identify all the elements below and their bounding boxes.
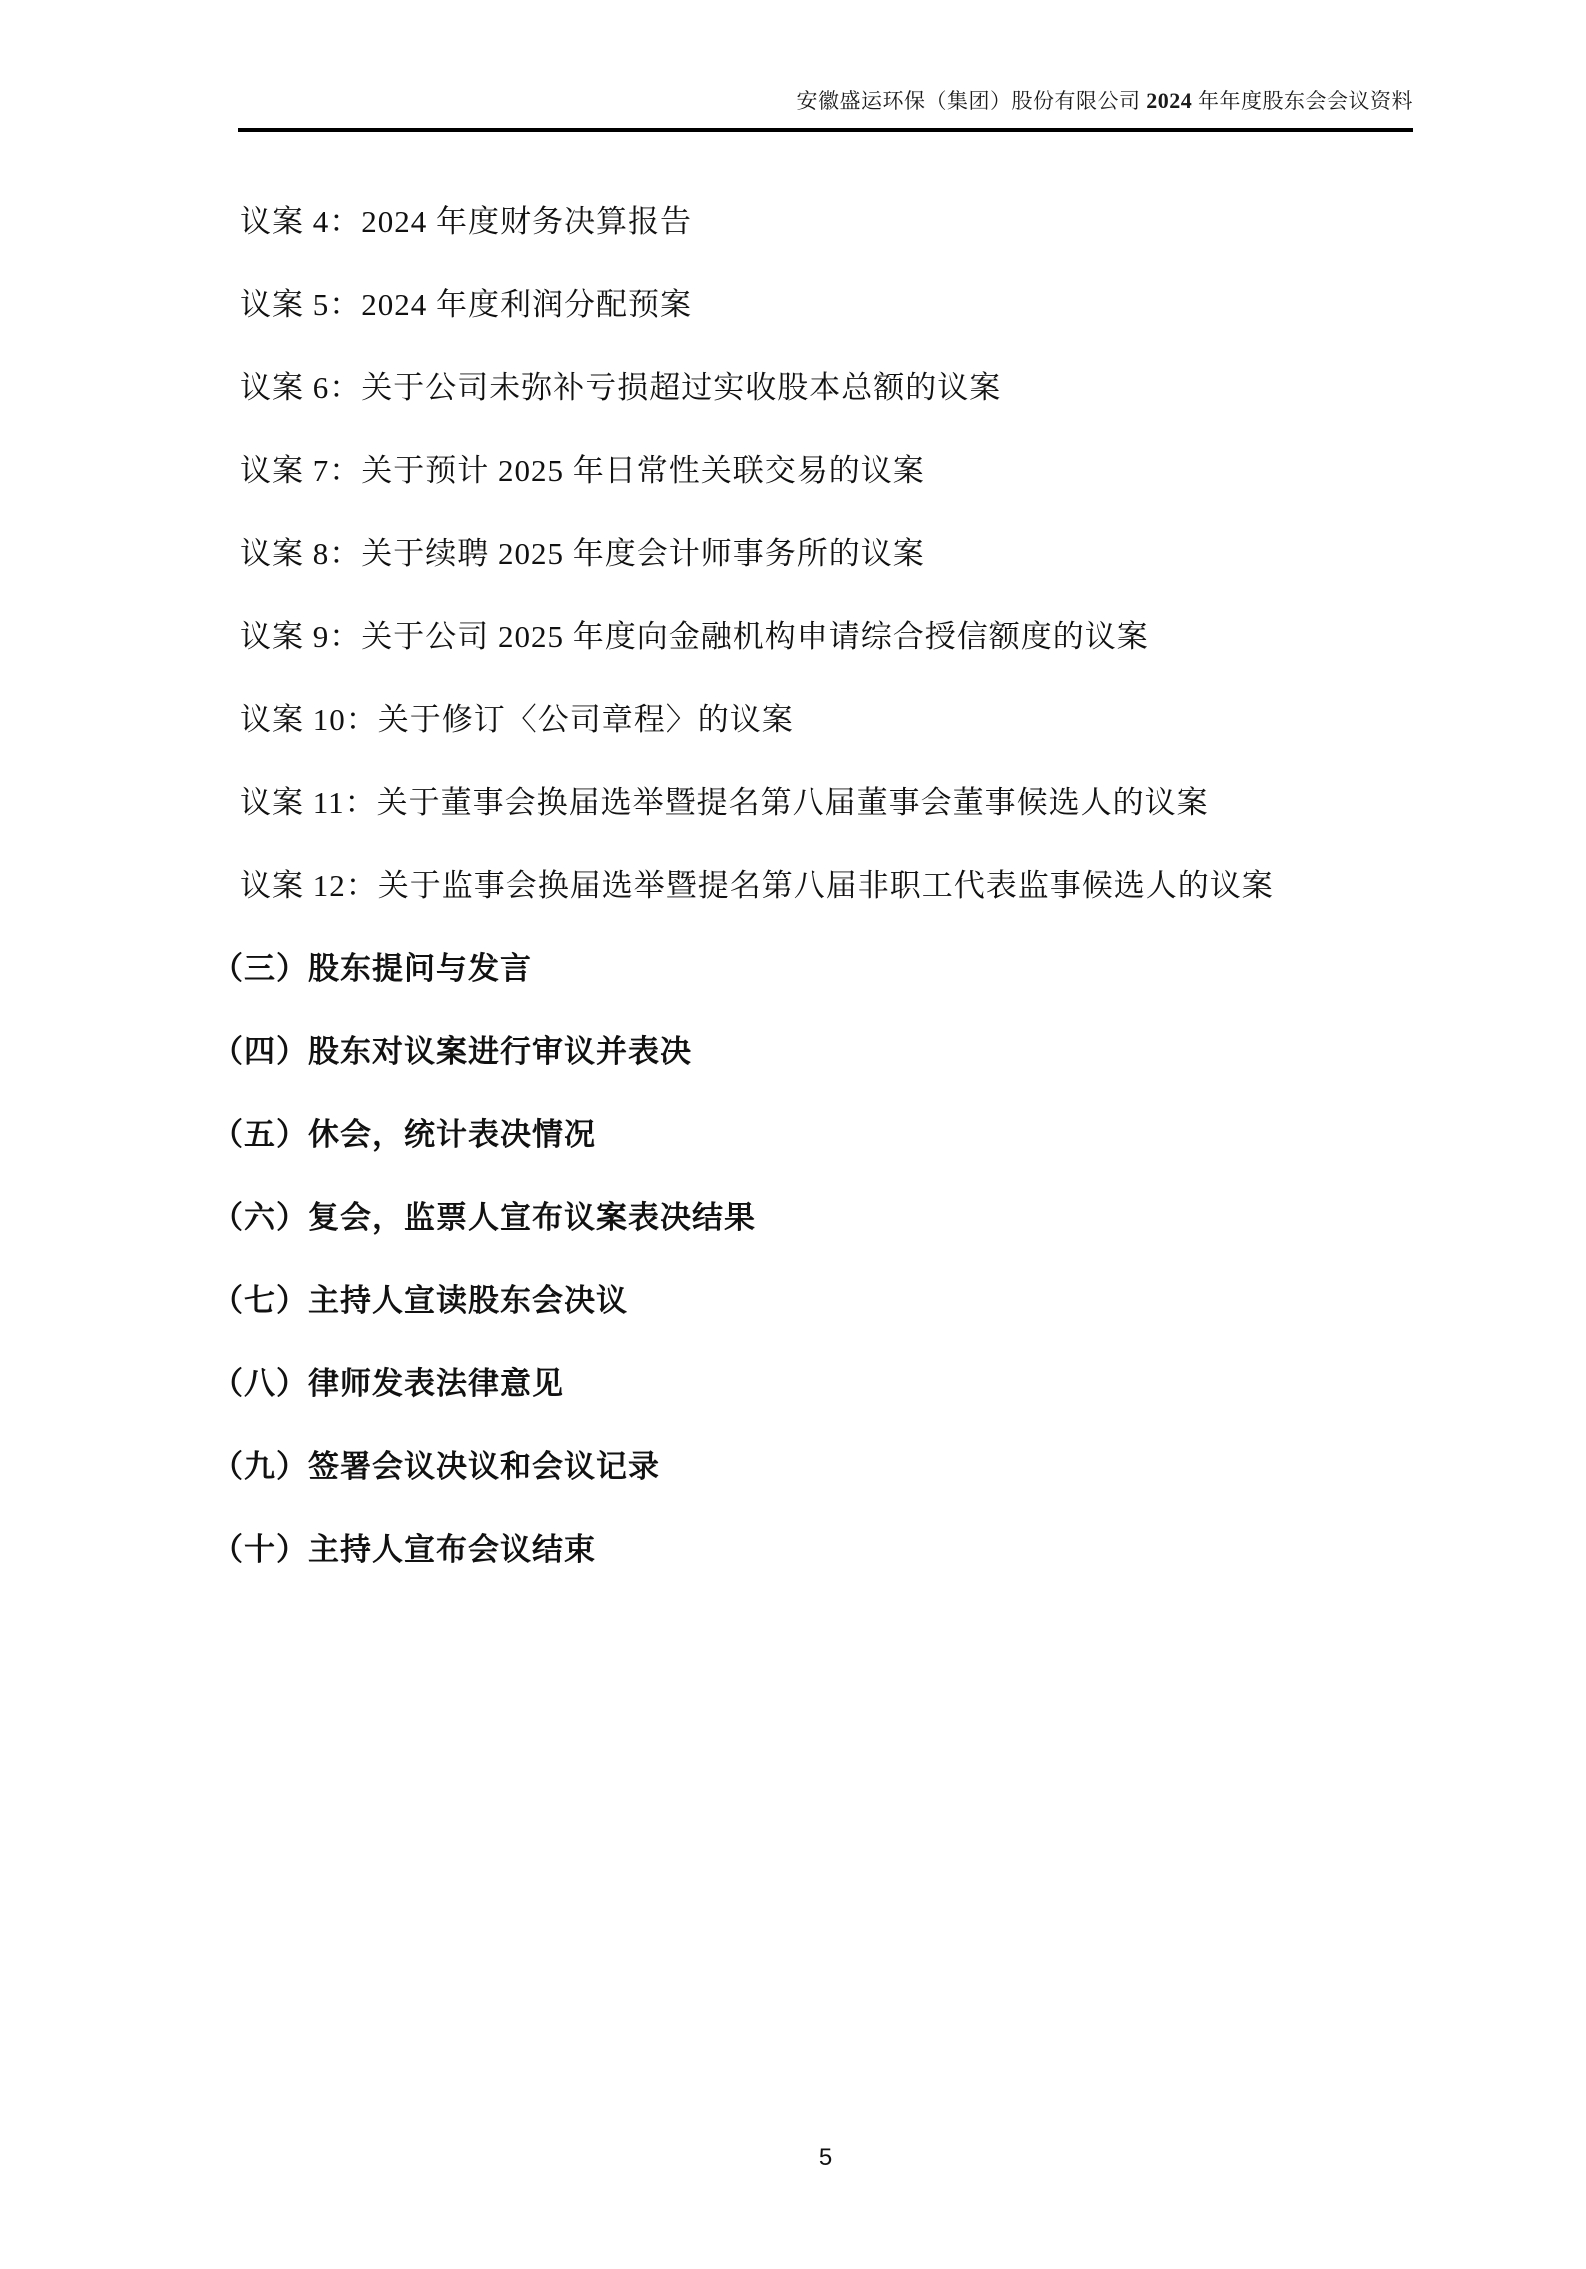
- agenda-item-proposal-4: 议案 4：2024 年度财务决算报告: [0, 203, 1586, 286]
- agenda-item-proposal-11: 议案 11：关于董事会换届选举暨提名第八届董事会董事候选人的议案: [0, 784, 1586, 867]
- agenda-step-6: （六）复会，监票人宣布议案表决结果: [0, 1199, 1586, 1282]
- agenda-step-7: （七）主持人宣读股东会决议: [0, 1282, 1586, 1365]
- agenda-item-proposal-10: 议案 10：关于修订〈公司章程〉的议案: [0, 701, 1586, 784]
- document-page: 安徽盛运环保（集团）股份有限公司 2024 年年度股东会会议资料 议案 4：20…: [0, 0, 1586, 2269]
- agenda-step-3: （三）股东提问与发言: [0, 950, 1586, 1033]
- agenda-item-proposal-9: 议案 9：关于公司 2025 年度向金融机构申请综合授信额度的议案: [0, 618, 1586, 701]
- header-divider-rule: [238, 128, 1413, 132]
- header-company-name: 安徽盛运环保（集团）股份有限公司: [797, 89, 1147, 113]
- agenda-item-proposal-12: 议案 12：关于监事会换届选举暨提名第八届非职工代表监事候选人的议案: [0, 867, 1586, 950]
- agenda-step-8: （八）律师发表法律意见: [0, 1365, 1586, 1448]
- page-header: 安徽盛运环保（集团）股份有限公司 2024 年年度股东会会议资料: [238, 84, 1413, 118]
- agenda-list: 议案 4：2024 年度财务决算报告 议案 5：2024 年度利润分配预案 议案…: [0, 203, 1586, 1614]
- agenda-item-proposal-6: 议案 6：关于公司未弥补亏损超过实收股本总额的议案: [0, 369, 1586, 452]
- agenda-item-proposal-8: 议案 8：关于续聘 2025 年度会计师事务所的议案: [0, 535, 1586, 618]
- agenda-item-proposal-5: 议案 5：2024 年度利润分配预案: [0, 286, 1586, 369]
- agenda-step-5: （五）休会，统计表决情况: [0, 1116, 1586, 1199]
- page-number: 5: [238, 2143, 1413, 2173]
- agenda-step-9: （九）签署会议决议和会议记录: [0, 1448, 1586, 1531]
- agenda-step-4: （四）股东对议案进行审议并表决: [0, 1033, 1586, 1116]
- agenda-step-10: （十）主持人宣布会议结束: [0, 1531, 1586, 1614]
- header-document-title: 年年度股东会会议资料: [1192, 89, 1413, 113]
- agenda-item-proposal-7: 议案 7：关于预计 2025 年日常性关联交易的议案: [0, 452, 1586, 535]
- header-year: 2024: [1146, 88, 1192, 113]
